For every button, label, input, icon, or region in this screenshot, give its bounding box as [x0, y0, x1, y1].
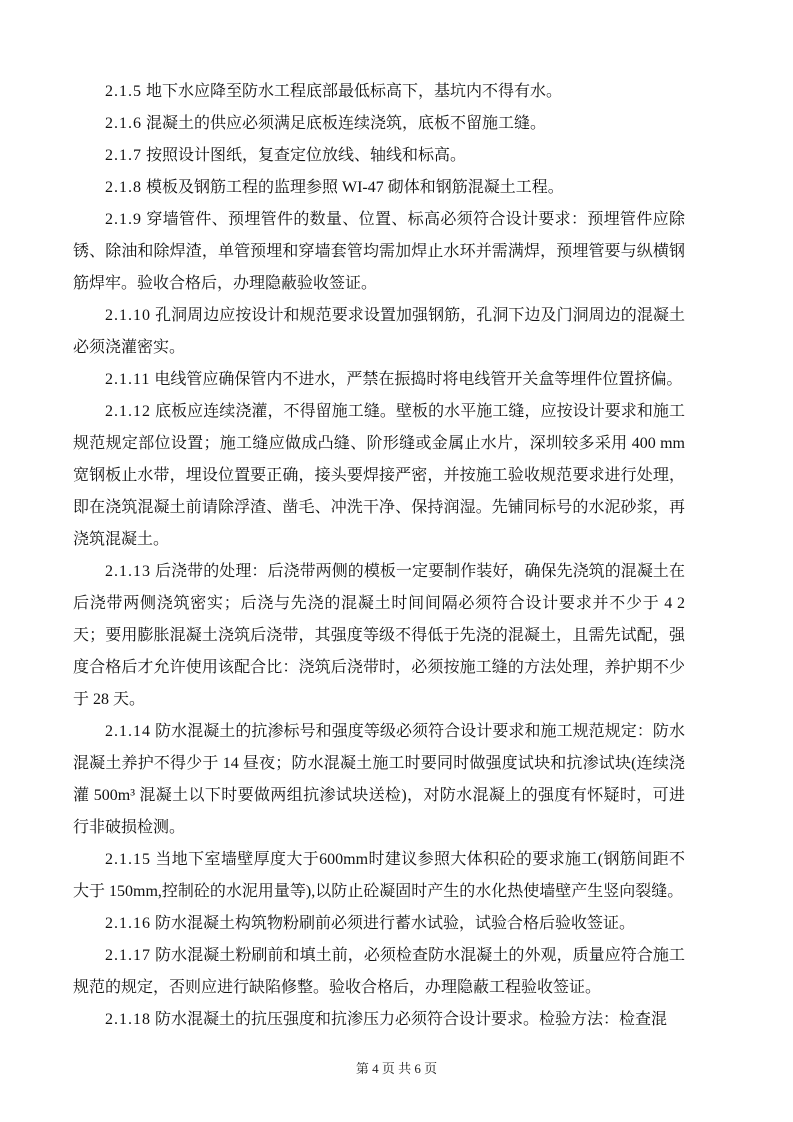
clause-2-1-5: 2.1.5 地下水应降至防水工程底部最低标高下，基坑内不得有水。 — [73, 76, 685, 108]
clause-text: 电线管应确保管内不进水，严禁在振捣时将电线管开关盒等埋件位置挤偏。 — [154, 371, 682, 388]
clause-2-1-17: 2.1.17 防水混凝土粉刷前和填土前，必须检查防水混凝土的外观，质量应符合施工… — [73, 940, 685, 1004]
clause-text: 底板应连续浇灌，不得留施工缝。壁板的水平施工缝，应按设计要求和施工规范规定部位设… — [73, 403, 685, 548]
clause-2-1-13: 2.1.13 后浇带的处理：后浇带两侧的模板一定要制作装好，确保先浇筑的混凝土在… — [73, 556, 685, 716]
clause-2-1-11: 2.1.11 电线管应确保管内不进水，严禁在振捣时将电线管开关盒等埋件位置挤偏。 — [73, 364, 685, 396]
clause-text: 按照设计图纸，复查定位放线、轴线和标高。 — [146, 147, 466, 164]
clause-number: 2.1.6 — [105, 115, 142, 132]
clause-number: 2.1.15 — [105, 851, 151, 868]
clause-2-1-7: 2.1.7 按照设计图纸，复查定位放线、轴线和标高。 — [73, 140, 685, 172]
clause-number: 2.1.9 — [105, 211, 142, 228]
clause-number: 2.1.13 — [105, 563, 151, 580]
clause-2-1-10: 2.1.10 孔洞周边应按设计和规范要求设置加强钢筋，孔洞下边及门洞周边的混凝土… — [73, 300, 685, 364]
clause-number: 2.1.17 — [105, 947, 151, 964]
clause-2-1-15: 2.1.15 当地下室墙壁厚度大于600mm时建议参照大体积砼的要求施工(钢筋间… — [73, 844, 685, 908]
clause-text: 孔洞周边应按设计和规范要求设置加强钢筋，孔洞下边及门洞周边的混凝土必须浇灌密实。 — [73, 307, 685, 356]
clause-2-1-12: 2.1.12 底板应连续浇灌，不得留施工缝。壁板的水平施工缝，应按设计要求和施工… — [73, 396, 685, 556]
clause-number: 2.1.7 — [105, 147, 142, 164]
page-footer: 第 4 页 共 6 页 — [0, 1060, 793, 1078]
clause-number: 2.1.16 — [105, 915, 151, 932]
clause-text: 防水混凝土的抗渗标号和强度等级必须符合设计要求和施工规范规定：防水混凝土养护不得… — [73, 723, 685, 836]
clause-number: 2.1.8 — [105, 179, 142, 196]
clause-2-1-9: 2.1.9 穿墙管件、预埋管件的数量、位置、标高必须符合设计要求：预埋管件应除锈… — [73, 204, 685, 300]
clause-number: 2.1.12 — [105, 403, 151, 420]
document-page: 2.1.5 地下水应降至防水工程底部最低标高下，基坑内不得有水。 2.1.6 混… — [0, 0, 793, 1122]
clause-text: 防水混凝土构筑物粉刷前必须进行蓄水试验，试验合格后验收签证。 — [155, 915, 635, 932]
clause-number: 2.1.18 — [105, 1011, 151, 1028]
clause-number: 2.1.10 — [105, 307, 151, 324]
document-body: 2.1.5 地下水应降至防水工程底部最低标高下，基坑内不得有水。 2.1.6 混… — [73, 76, 685, 1036]
clause-text: 穿墙管件、预埋管件的数量、位置、标高必须符合设计要求：预埋管件应除锈、除油和除焊… — [73, 211, 685, 292]
clause-2-1-18: 2.1.18 防水混凝土的抗压强度和抗渗压力必须符合设计要求。检验方法：检查混 — [73, 1004, 685, 1036]
clause-number: 2.1.14 — [105, 723, 151, 740]
clause-2-1-16: 2.1.16 防水混凝土构筑物粉刷前必须进行蓄水试验，试验合格后验收签证。 — [73, 908, 685, 940]
clause-2-1-6: 2.1.6 混凝土的供应必须满足底板连续浇筑，底板不留施工缝。 — [73, 108, 685, 140]
clause-text: 模板及钢筋工程的监理参照 WI-47 砌体和钢筋混凝土工程。 — [146, 179, 564, 196]
clause-text: 当地下室墙壁厚度大于600mm时建议参照大体积砼的要求施工(钢筋间距不大于 15… — [73, 851, 685, 900]
clause-number: 2.1.11 — [105, 371, 150, 388]
clause-text: 混凝土的供应必须满足底板连续浇筑，底板不留施工缝。 — [146, 115, 546, 132]
clause-2-1-8: 2.1.8 模板及钢筋工程的监理参照 WI-47 砌体和钢筋混凝土工程。 — [73, 172, 685, 204]
clause-text: 地下水应降至防水工程底部最低标高下，基坑内不得有水。 — [146, 83, 562, 100]
clause-text: 后浇带的处理：后浇带两侧的模板一定要制作装好，确保先浇筑的混凝土在后浇带两侧浇筑… — [73, 563, 685, 708]
clause-text: 防水混凝土的抗压强度和抗渗压力必须符合设计要求。检验方法：检查混 — [155, 1011, 667, 1028]
clause-2-1-14: 2.1.14 防水混凝土的抗渗标号和强度等级必须符合设计要求和施工规范规定：防水… — [73, 716, 685, 844]
clause-number: 2.1.5 — [105, 83, 142, 100]
clause-text: 防水混凝土粉刷前和填土前，必须检查防水混凝土的外观，质量应符合施工规范的规定，否… — [73, 947, 685, 996]
